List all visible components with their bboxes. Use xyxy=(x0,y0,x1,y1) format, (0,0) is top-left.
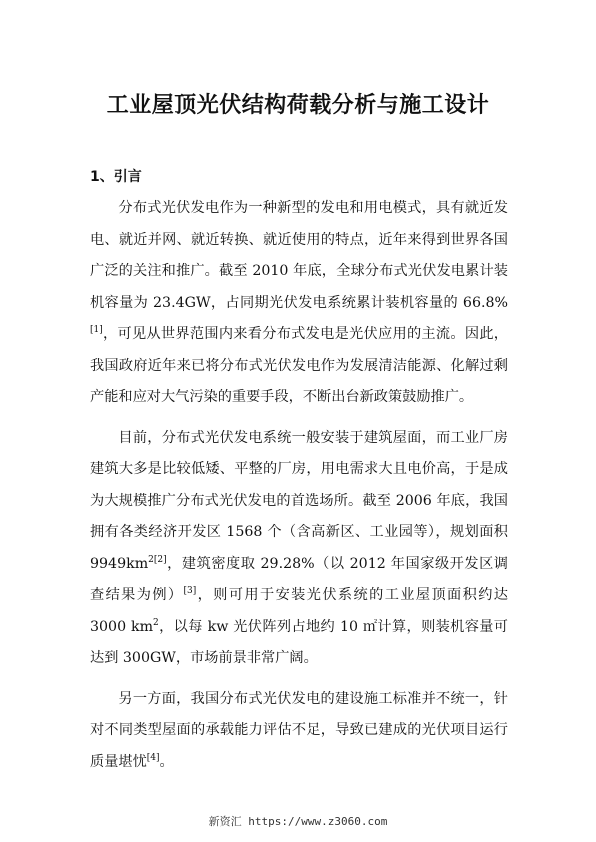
citation-ref: [3] xyxy=(184,586,197,596)
paragraph-2: 目前，分布式光伏发电系统一般安装于建筑屋面，而工业厂房建筑大多是比较低矮、平整的… xyxy=(90,423,508,675)
citation-ref: [1] xyxy=(90,325,103,335)
paragraph-1: 分布式光伏发电作为一种新型的发电和用电模式，具有就近发电、就近并网、就近转换、就… xyxy=(90,193,508,414)
document-body: 分布式光伏发电作为一种新型的发电和用电模式，具有就近发电、就近并网、就近转换、就… xyxy=(90,193,508,787)
paragraph-text: 目前，分布式光伏发电系统一般安装于建筑屋面，而工业厂房建筑大多是比较低矮、平整的… xyxy=(90,430,508,572)
paragraph-text: ，可见从世界范围内来看分布式发电是光伏应用的主流。因此，我国政府近年来已将分布式… xyxy=(90,326,508,405)
paragraph-text: 。 xyxy=(160,754,174,770)
document-title: 工业屋顶光伏结构荷载分析与施工设计 xyxy=(0,88,596,119)
page-footer-watermark: 新资汇 https://www.z3060.com xyxy=(0,813,596,829)
citation-ref: [4] xyxy=(147,753,160,763)
citation-ref: 2[2] xyxy=(148,555,166,565)
paragraph-text: 分布式光伏发电作为一种新型的发电和用电模式，具有就近发电、就近并网、就近转换、就… xyxy=(90,200,508,311)
paragraph-3: 另一方面，我国分布式光伏发电的建设施工标准并不统一，针对不同类型屋面的承载能力评… xyxy=(90,684,508,779)
section-heading: 1、引言 xyxy=(90,166,142,186)
